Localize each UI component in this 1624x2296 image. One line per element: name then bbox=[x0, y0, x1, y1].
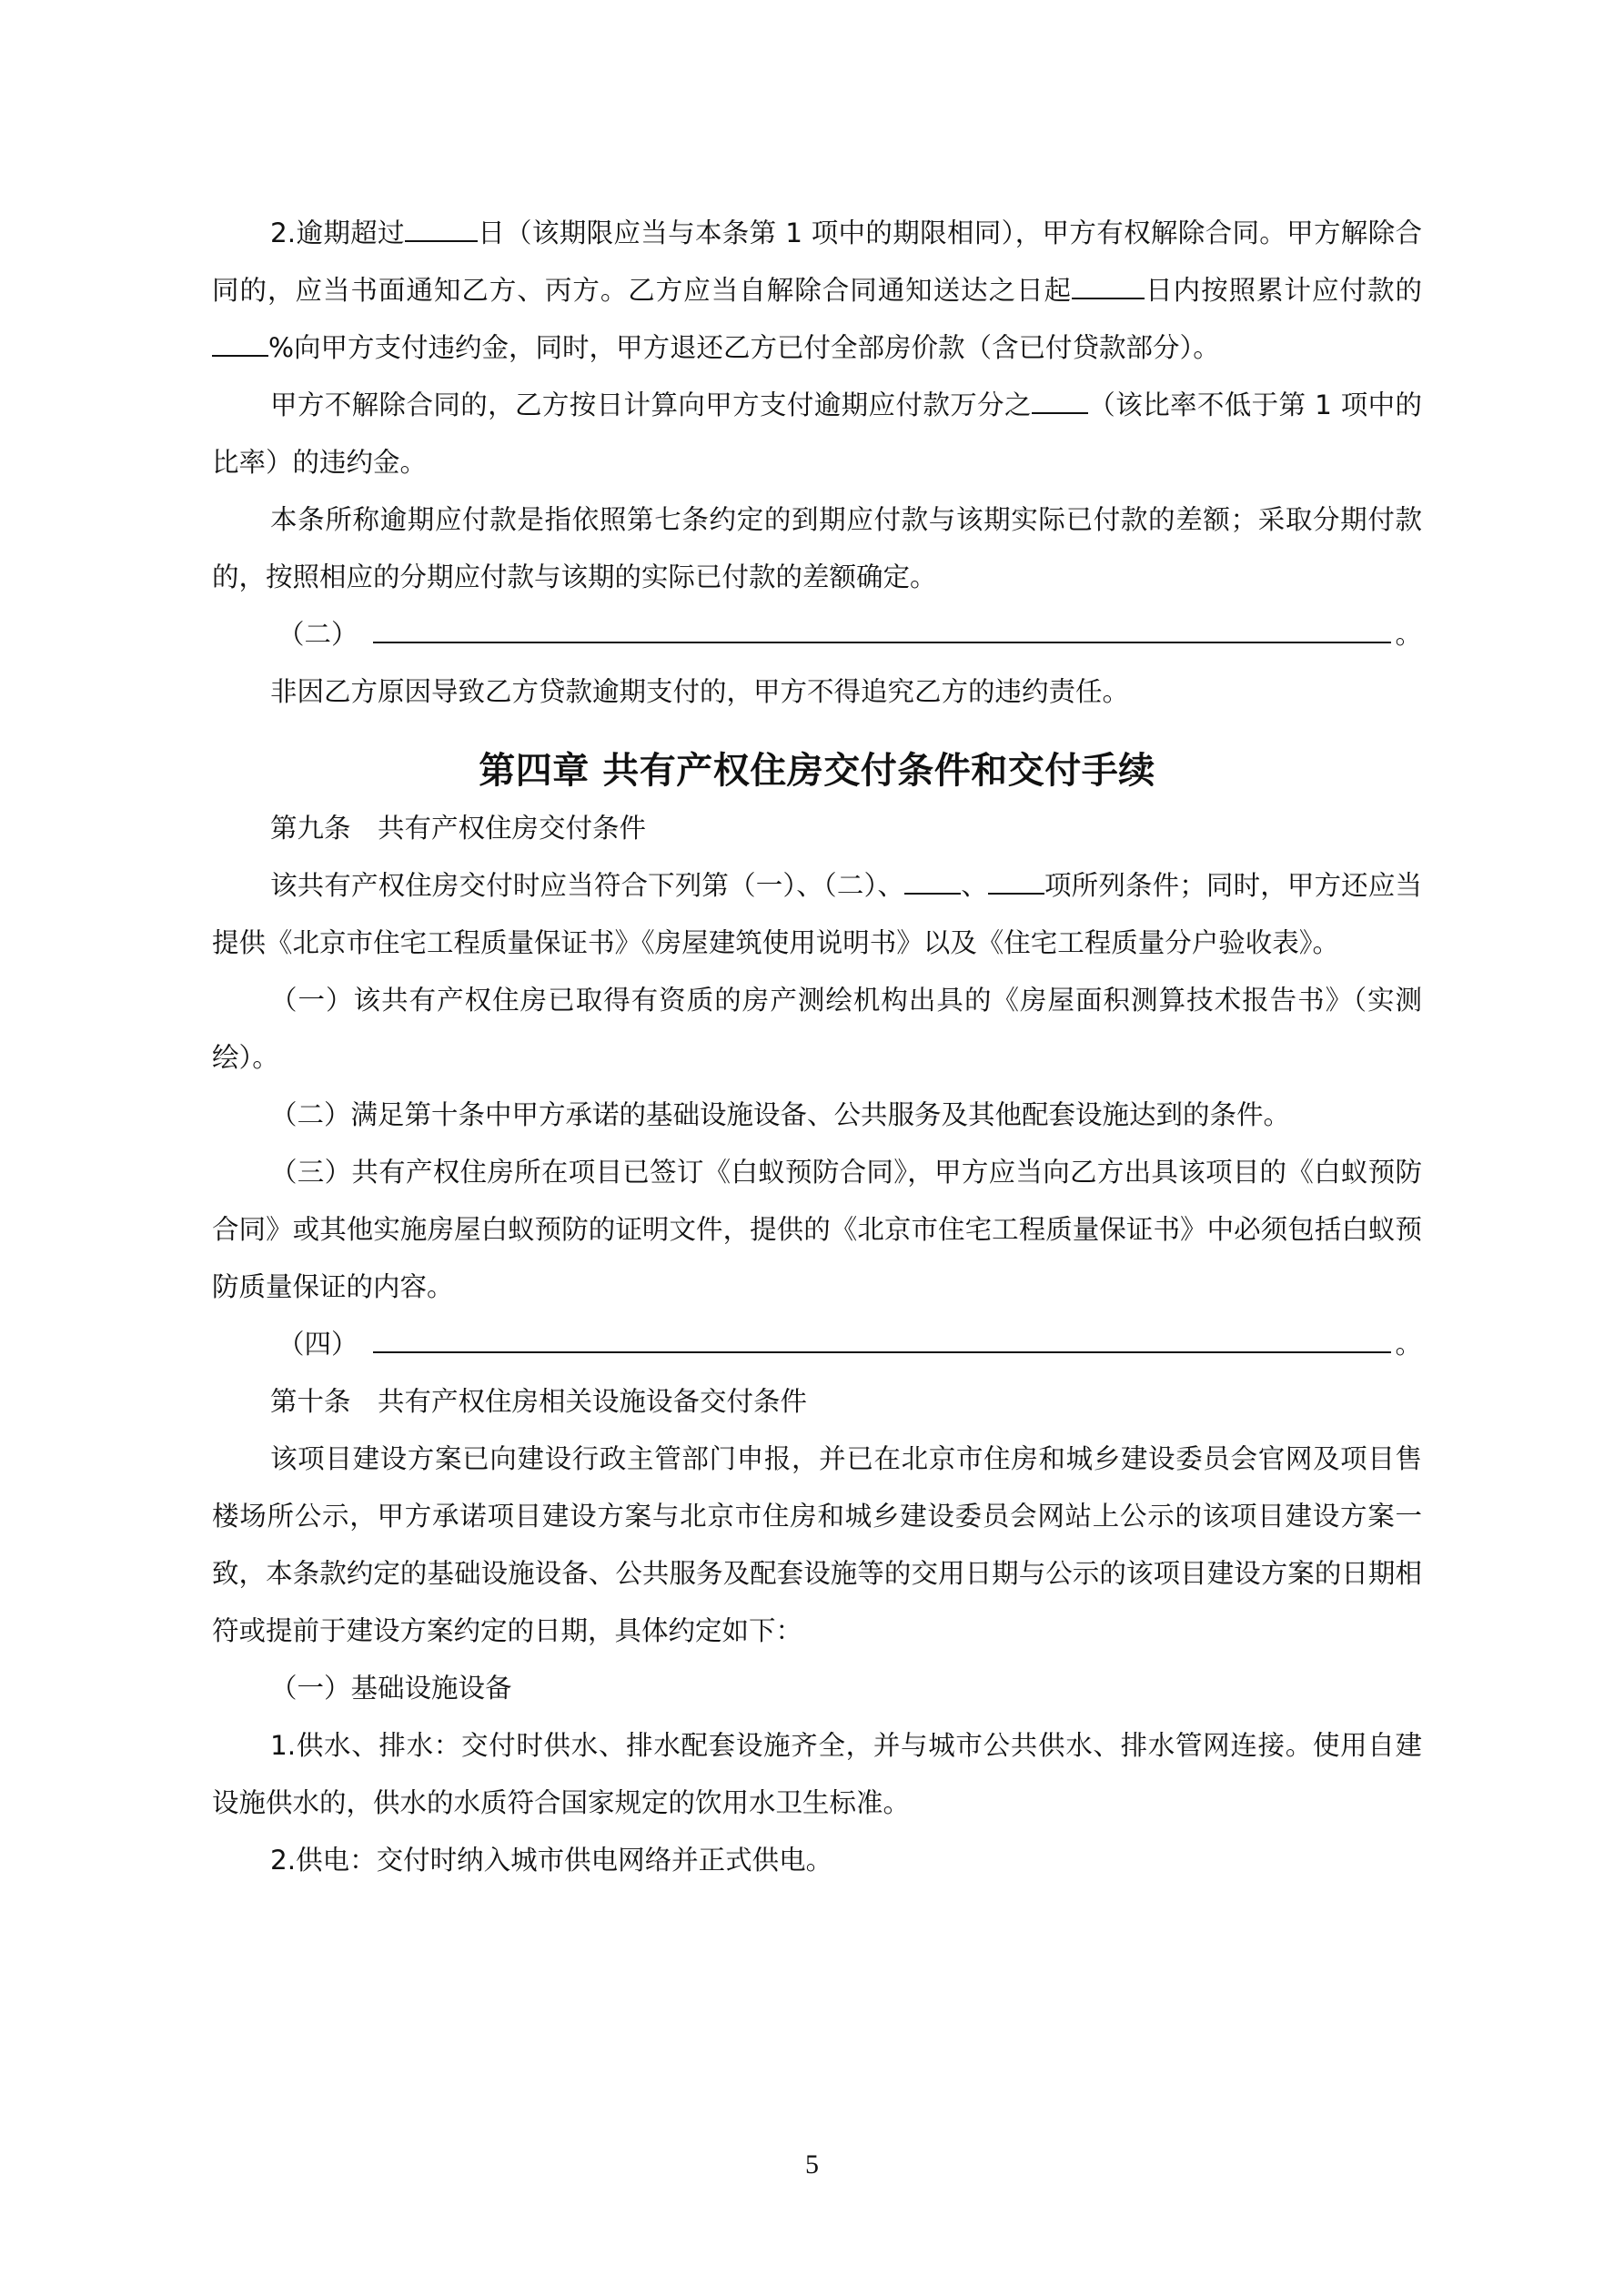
text-run: 2.逾期超过 bbox=[270, 217, 405, 248]
text-run: 、 bbox=[961, 870, 988, 901]
blank-fill-line[interactable] bbox=[373, 614, 1392, 643]
article-10-heading: 第十条 共有产权住房相关设施设备交付条件 bbox=[212, 1373, 1422, 1431]
text-run: 该共有产权住房交付时应当符合下列第（一）、（二）、 bbox=[270, 870, 904, 901]
clause-non-liability: 非因乙方原因导致乙方贷款逾期支付的，甲方不得追究乙方的违约责任。 bbox=[212, 663, 1422, 721]
document-page: 2.逾期超过日（该期限应当与本条第 1 项中的期限相同），甲方有权解除合同。甲方… bbox=[0, 0, 1624, 2296]
text-run: 日内按照累计应付款的 bbox=[1145, 275, 1422, 306]
article-9-heading: 第九条 共有产权住房交付条件 bbox=[212, 800, 1422, 857]
infrastructure-heading: （一）基础设施设备 bbox=[212, 1660, 1422, 1717]
blank-fill-line[interactable] bbox=[373, 1324, 1392, 1353]
period: 。 bbox=[1395, 606, 1422, 663]
period: 。 bbox=[1395, 1316, 1422, 1373]
fill-line-item-2: （二） 。 bbox=[212, 606, 1422, 663]
text-run: 甲方不解除合同的，乙方按日计算向甲方支付逾期应付款万分之 bbox=[270, 389, 1032, 420]
condition-item-2: （二）满足第十条中甲方承诺的基础设施设备、公共服务及其他配套设施达到的条件。 bbox=[212, 1087, 1422, 1144]
item-label: （四） bbox=[277, 1316, 358, 1373]
blank-percent[interactable] bbox=[212, 329, 268, 357]
fill-line-item-4: （四） 。 bbox=[212, 1316, 1422, 1373]
chapter-title: 第四章 共有产权住房交付条件和交付手续 bbox=[212, 743, 1422, 800]
clause-no-termination: 甲方不解除合同的，乙方按日计算向甲方支付逾期应付款万分之（该比率不低于第 1 项… bbox=[212, 377, 1422, 491]
blank-item-4[interactable] bbox=[988, 867, 1044, 895]
clause-overdue-termination: 2.逾期超过日（该期限应当与本条第 1 项中的期限相同），甲方有权解除合同。甲方… bbox=[212, 205, 1422, 377]
condition-item-1: （一）该共有产权住房已取得有资质的房产测绘机构出具的《房屋面积测算技术报告书》（… bbox=[212, 972, 1422, 1087]
item-label: （二） bbox=[277, 606, 358, 663]
blank-days[interactable] bbox=[405, 215, 478, 242]
power-supply-clause: 2.供电：交付时纳入城市供电网络并正式供电。 bbox=[212, 1832, 1422, 1889]
text-run: %向甲方支付违约金，同时，甲方退还乙方已付全部房价款（含已付贷款部分）。 bbox=[268, 332, 1220, 363]
blank-rate[interactable] bbox=[1032, 387, 1088, 414]
article-9-conditions: 该共有产权住房交付时应当符合下列第（一）、（二）、、项所列条件；同时，甲方还应当… bbox=[212, 857, 1422, 972]
clause-overdue-definition: 本条所称逾期应付款是指依照第七条约定的到期应付款与该期实际已付款的差额；采取分期… bbox=[212, 491, 1422, 606]
condition-item-3: （三）共有产权住房所在项目已签订《白蚁预防合同》，甲方应当向乙方出具该项目的《白… bbox=[212, 1144, 1422, 1316]
blank-item-3[interactable] bbox=[904, 867, 961, 895]
page-content: 2.逾期超过日（该期限应当与本条第 1 项中的期限相同），甲方有权解除合同。甲方… bbox=[212, 205, 1422, 1889]
water-supply-clause: 1.供水、排水：交付时供水、排水配套设施齐全，并与城市公共供水、排水管网连接。使… bbox=[212, 1717, 1422, 1832]
article-10-intro: 该项目建设方案已向建设行政主管部门申报，并已在北京市住房和城乡建设委员会官网及项… bbox=[212, 1431, 1422, 1660]
blank-days-refund[interactable] bbox=[1072, 272, 1145, 299]
page-number: 5 bbox=[0, 2149, 1624, 2180]
